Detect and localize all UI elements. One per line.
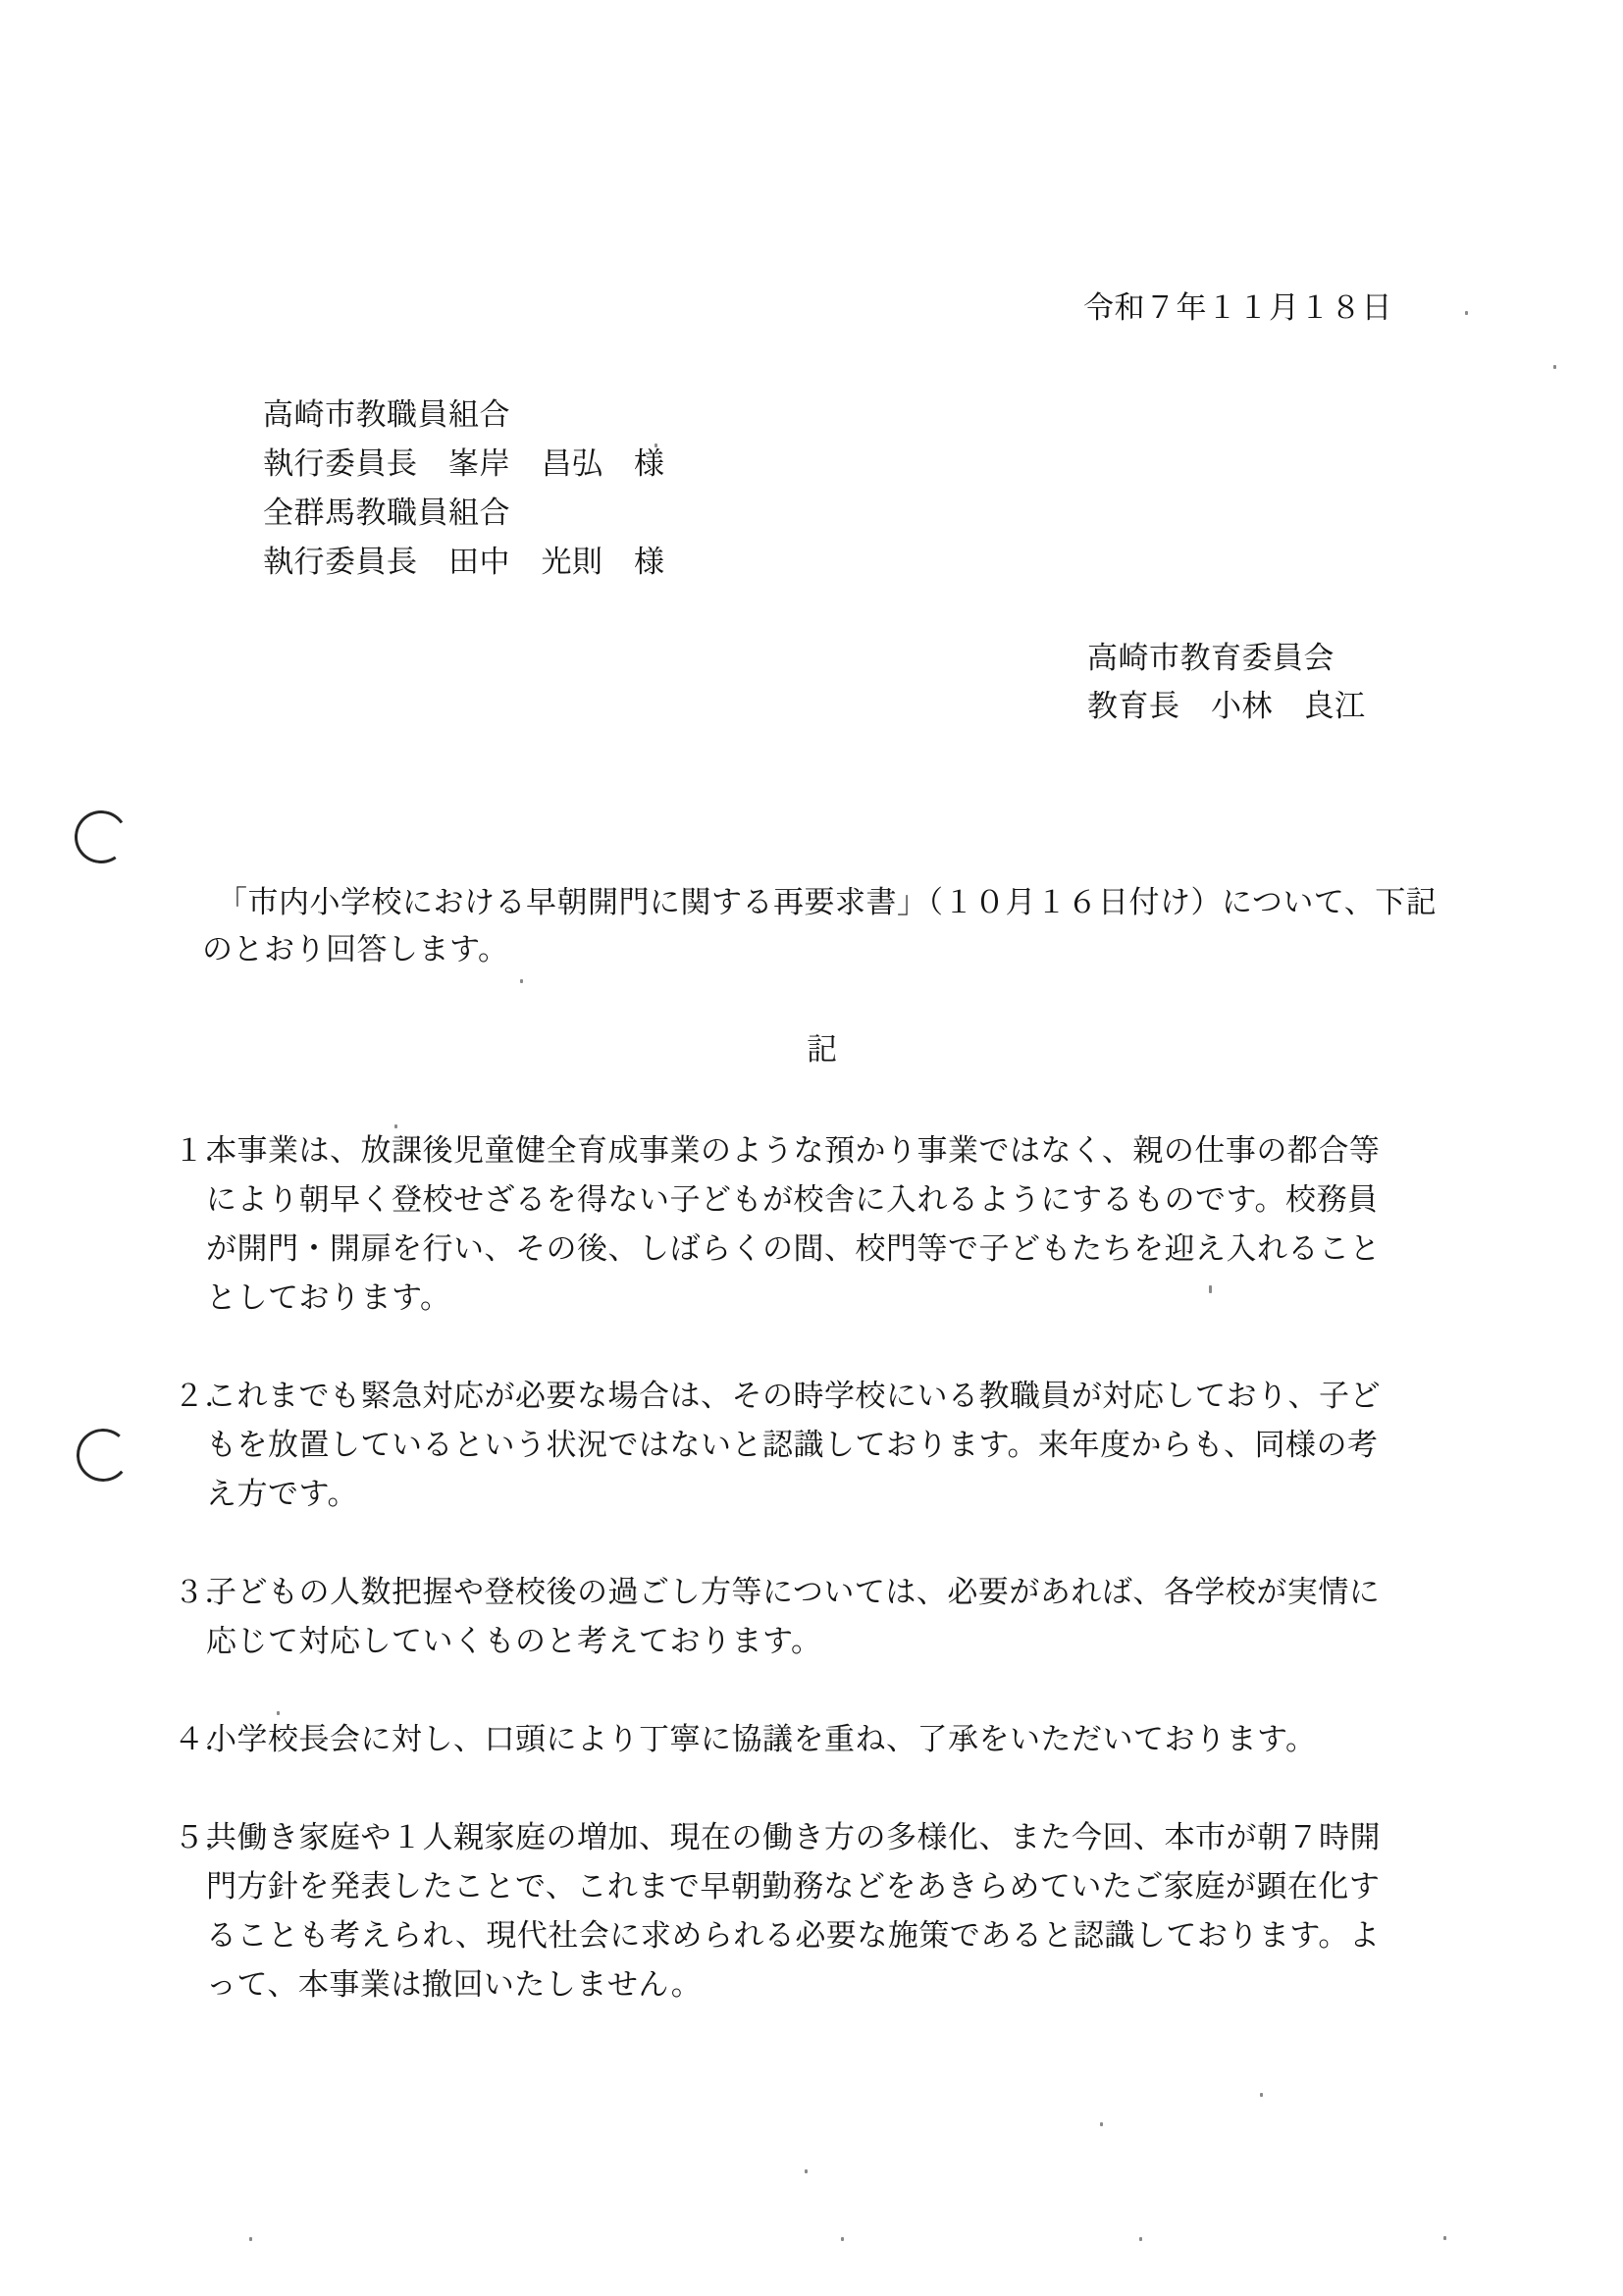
doc-heading: 記: [0, 1026, 1623, 1073]
recipient-line: 執行委員長 田中 光則 様: [263, 538, 665, 587]
document-page: 令和７年１１月１８日 高崎市教職員組合 執行委員長 峯岸 昌弘 様 全群馬教職員…: [0, 0, 1623, 2296]
sender-block: 高崎市教育委員会 教育長 小林 良江: [1087, 634, 1366, 730]
item-number: ４．: [174, 1715, 236, 1764]
item-line: 共働き家庭や１人親家庭の増加、現在の働き方の多様化、また今回、本市が朝７時開: [206, 1813, 1479, 1862]
scan-speck: [1209, 1285, 1212, 1293]
item-line: これまでも緊急対応が必要な場合は、その時学校にいる教職員が対応しており、子ど: [206, 1372, 1479, 1421]
intro-line: のとおり回答します。: [202, 926, 1488, 973]
item-line: としております。: [206, 1274, 1479, 1323]
recipient-block: 高崎市教職員組合 執行委員長 峯岸 昌弘 様 全群馬教職員組合 執行委員長 田中…: [263, 391, 665, 587]
scan-speck: [1139, 2237, 1142, 2241]
item-line: により朝早く登校せざるを得ない子どもが校舎に入れるようにするものです。校務員: [206, 1175, 1479, 1225]
sender-line: 高崎市教育委員会: [1087, 634, 1366, 682]
list-item: ３． 子どもの人数把握や登校後の過ごし方等については、必要があれば、各学校が実情…: [174, 1568, 1479, 1666]
scan-speck: [277, 1711, 280, 1715]
sender-line: 教育長 小林 良江: [1087, 682, 1366, 730]
recipient-line: 高崎市教職員組合: [263, 391, 665, 440]
recipient-line: 執行委員長 峯岸 昌弘 様: [263, 440, 665, 489]
scan-speck: [1465, 311, 1468, 315]
item-number: １．: [174, 1126, 236, 1175]
document-date: 令和７年１１月１８日: [1083, 288, 1392, 328]
list-item: １． 本事業は、放課後児童健全育成事業のような預かり事業ではなく、親の仕事の都合…: [174, 1126, 1479, 1323]
scan-speck: [841, 2237, 844, 2241]
item-line: もを放置しているという状況ではないと認識しております。来年度からも、同様の考: [206, 1421, 1479, 1470]
item-line: が開門・開扉を行い、その後、しばらくの間、校門等で子どもたちを迎え入れること: [206, 1225, 1479, 1274]
item-number: ３．: [174, 1568, 236, 1617]
scan-speck: [1553, 365, 1556, 369]
item-line: え方です。: [206, 1470, 1479, 1519]
item-line: って、本事業は撤回いたしません。: [206, 1960, 1479, 2009]
scan-speck: [1443, 2236, 1446, 2240]
scan-speck: [1100, 2122, 1103, 2126]
item-line: 応じて対応していくものと考えております。: [206, 1617, 1479, 1666]
item-line: 門方針を発表したことで、これまで早朝勤務などをあきらめていたご家庭が顕在化す: [206, 1862, 1479, 1911]
item-number: ５．: [174, 1813, 236, 1862]
punch-hole-mark: [71, 807, 132, 868]
item-line: 本事業は、放課後児童健全育成事業のような預かり事業ではなく、親の仕事の都合等: [206, 1126, 1479, 1175]
recipient-line: 全群馬教職員組合: [263, 489, 665, 538]
list-item: ４． 小学校長会に対し、口頭により丁寧に協議を重ね、了承をいただいております。: [174, 1715, 1479, 1764]
list-item: ５． 共働き家庭や１人親家庭の増加、現在の働き方の多様化、また今回、本市が朝７時…: [174, 1813, 1479, 2009]
punch-hole-mark: [75, 1427, 131, 1484]
scan-speck: [394, 1124, 397, 1128]
item-number: ２．: [174, 1372, 236, 1421]
list-item: ２． これまでも緊急対応が必要な場合は、その時学校にいる教職員が対応しており、子…: [174, 1372, 1479, 1519]
scan-speck: [520, 979, 523, 983]
scan-speck: [654, 444, 657, 447]
scan-speck: [1260, 2093, 1263, 2097]
intro-paragraph: 「市内小学校における早朝開門に関する再要求書」（１０月１６日付け）について、下記…: [202, 879, 1488, 973]
item-line: ることも考えられ、現代社会に求められる必要な施策であると認識しております。よ: [206, 1911, 1479, 1960]
item-line: 子どもの人数把握や登校後の過ごし方等については、必要があれば、各学校が実情に: [206, 1568, 1479, 1617]
scan-speck: [249, 2237, 252, 2241]
answer-list: １． 本事業は、放課後児童健全育成事業のような預かり事業ではなく、親の仕事の都合…: [174, 1126, 1479, 2059]
intro-line: 「市内小学校における早朝開門に関する再要求書」（１０月１６日付け）について、下記: [202, 879, 1488, 926]
scan-speck: [805, 2169, 808, 2173]
item-line: 小学校長会に対し、口頭により丁寧に協議を重ね、了承をいただいております。: [206, 1715, 1479, 1764]
